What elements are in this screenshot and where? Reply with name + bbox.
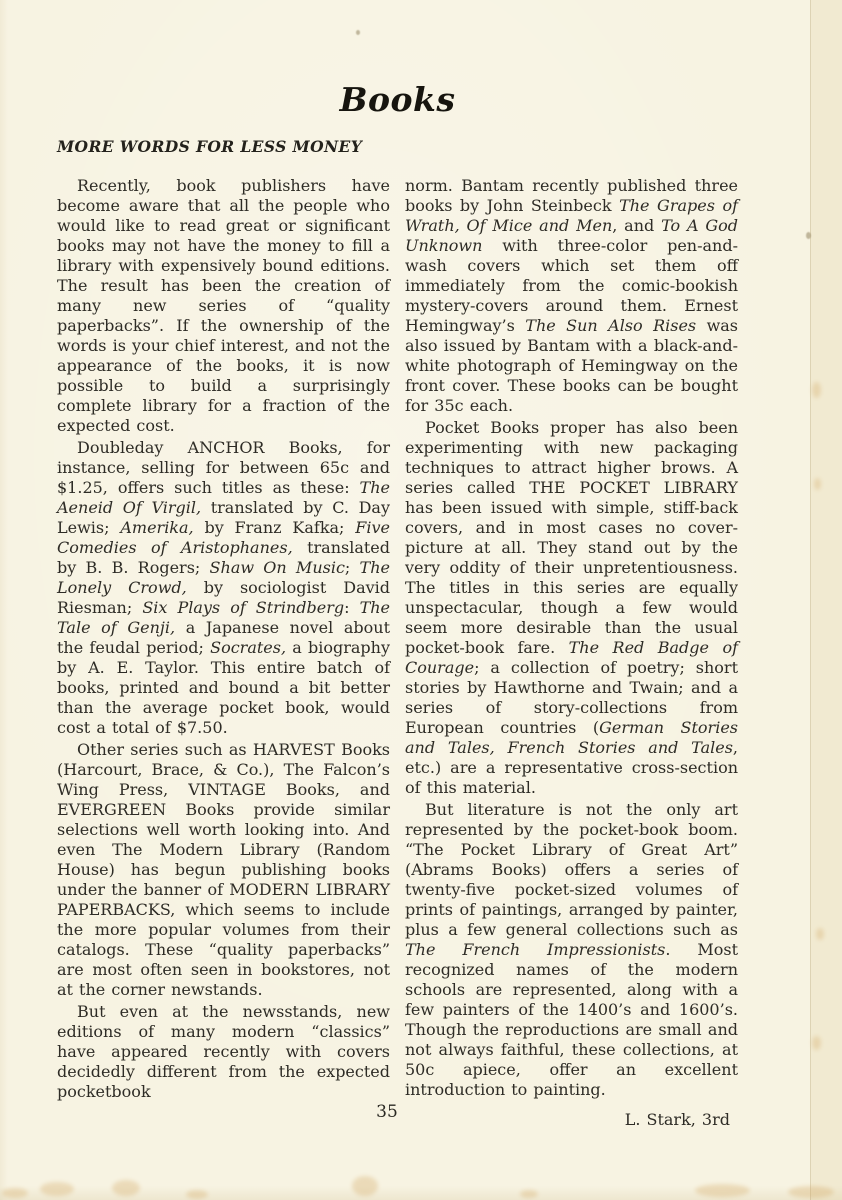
- foxing-spot: [788, 1186, 834, 1198]
- article-body: Recently, book publishers have become aw…: [57, 176, 738, 1132]
- paragraph: Pocket Books proper has also been experi…: [405, 418, 738, 798]
- foxing-spot: [186, 1190, 208, 1199]
- left-column: Recently, book publishers have become aw…: [57, 176, 390, 1132]
- page-number: 35: [57, 1102, 717, 1122]
- book-title-italic: The Sun Also Rises: [525, 316, 696, 335]
- paragraph: Other series such as HARVEST Books (Harc…: [57, 740, 390, 1000]
- foxing-spot: [812, 382, 821, 398]
- text-run: Doubleday ANCHOR Books, for instance, se…: [57, 438, 390, 497]
- foxing-spot: [695, 1184, 750, 1197]
- foxing-spot: [814, 478, 821, 490]
- book-title-italic: The French Impressionists: [405, 940, 665, 959]
- text-run: ;: [345, 558, 360, 577]
- foxing-spot: [40, 1182, 74, 1196]
- page-edge-band: [811, 0, 842, 1200]
- foxing-spot: [352, 1176, 378, 1196]
- paragraph: Recently, book publishers have become aw…: [57, 176, 390, 436]
- paragraph: But literature is not the only art repre…: [405, 800, 738, 1100]
- foxing-spot: [112, 1180, 140, 1196]
- book-title-italic: Six Plays of Strindberg: [142, 598, 344, 617]
- paragraph: norm. Bantam recently published three bo…: [405, 176, 738, 416]
- paper-speck: [806, 232, 811, 239]
- foxing-spot: [812, 1036, 821, 1050]
- paper-speck: [356, 30, 360, 35]
- text-run: But even at the newsstands, new editions…: [57, 1002, 390, 1101]
- text-run: Recently, book publishers have become aw…: [57, 176, 390, 435]
- book-title-italic: Socrates,: [210, 638, 286, 657]
- text-run: by Franz Kafka;: [194, 518, 356, 537]
- book-title-italic: Amerika,: [120, 518, 193, 537]
- book-title-italic: Shaw On Music: [210, 558, 345, 577]
- text-run: Other series such as HARVEST Books (Harc…: [57, 740, 390, 999]
- text-run: Pocket Books proper has also been experi…: [405, 418, 738, 657]
- text-run: . Most recognized names of the modern sc…: [405, 940, 738, 1099]
- page-edge-line: [810, 0, 811, 1200]
- paragraph: Doubleday ANCHOR Books, for instance, se…: [57, 438, 390, 738]
- page-title: Books: [57, 80, 738, 119]
- text-run: , and: [612, 216, 661, 235]
- foxing-spot: [816, 928, 824, 940]
- foxing-spot: [2, 1188, 28, 1198]
- paragraph: But even at the newsstands, new editions…: [57, 1002, 390, 1102]
- article-heading: MORE WORDS FOR LESS MONEY: [57, 137, 362, 156]
- text-run: But literature is not the only art repre…: [405, 800, 738, 939]
- foxing-spot: [520, 1190, 538, 1198]
- text-run: :: [344, 598, 359, 617]
- scanned-page: Books MORE WORDS FOR LESS MONEY Recently…: [0, 0, 842, 1200]
- right-column: norm. Bantam recently published three bo…: [405, 176, 738, 1132]
